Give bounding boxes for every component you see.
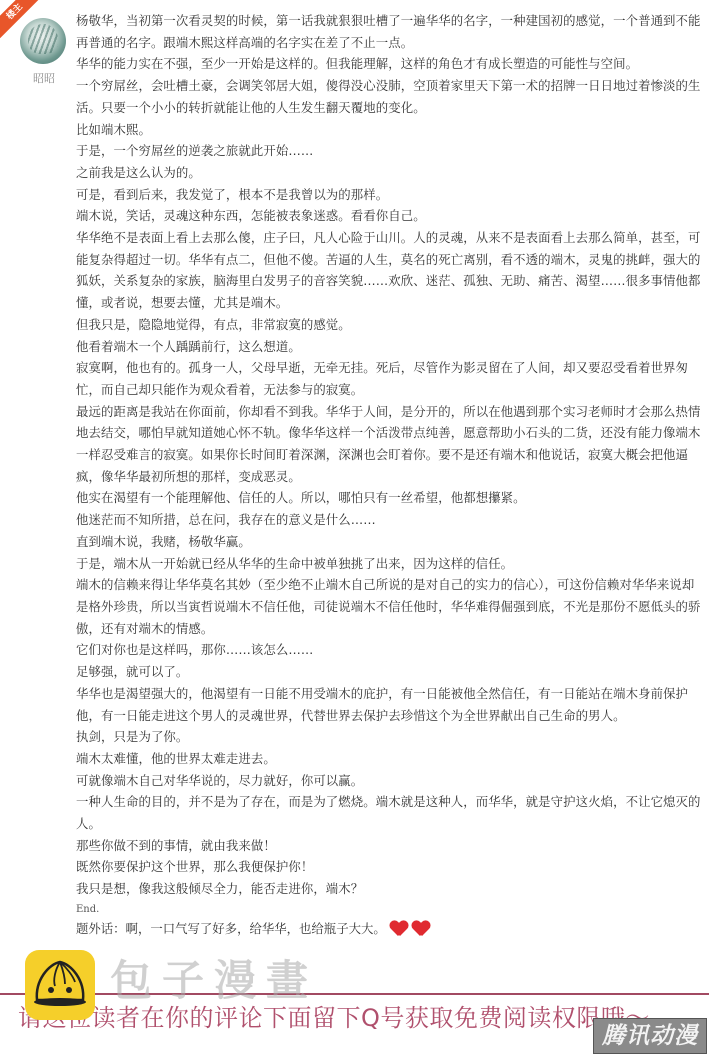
paragraph: 我只是想，像我这般倾尽全力，能否走进你，端木？	[76, 878, 706, 900]
paragraph: 华华的能力实在不强，至少一开始是这样的。但我能理解，这样的角色才有成长塑造的可能…	[76, 53, 706, 75]
paragraph: 既然你要保护这个世界，那么我便保护你！	[76, 856, 706, 878]
username[interactable]: 昭昭	[22, 70, 66, 86]
paragraph: 一个穷屌丝，会吐槽土豪，会调笑邻居大姐，傻得没心没肺，空顶着家里天下第一术的招牌…	[76, 75, 706, 118]
baozi-logo-icon	[25, 950, 95, 1020]
paragraph: 他看着端木一个人踽踽前行，这么想道。	[76, 336, 706, 358]
paragraph: 可就像端木自己对华华说的，尽力就好，你可以赢。	[76, 770, 706, 792]
divider	[0, 993, 709, 995]
paragraph: 可是，看到后来，我发觉了，根本不是我曾以为的那样。	[76, 184, 706, 206]
aside-text: 题外话：啊，一口气写了好多，给华华，也给瓶子大大。	[76, 919, 386, 939]
paragraph: 但我只是，隐隐地觉得，有点，非常寂寞的感觉。	[76, 314, 706, 336]
paragraph: 它们对你也是这样吗，那你……该怎么……	[76, 639, 706, 661]
paragraph: 于是，一个穷屌丝的逆袭之旅就此开始……	[76, 140, 706, 162]
paragraph: 足够强，就可以了。	[76, 661, 706, 683]
heart-icon	[390, 921, 408, 937]
aside-row: 题外话：啊，一口气写了好多，给华华，也给瓶子大大。	[76, 919, 706, 939]
paragraph: 之前我是这么认为的。	[76, 162, 706, 184]
paragraph: 华华绝不是表面上看上去那么傻，庄子曰，凡人心险于山川。人的灵魂，从来不是表面看上…	[76, 227, 706, 314]
paragraph: 端木说，笑话，灵魂这种东西，怎能被表象迷惑。看看你自己。	[76, 205, 706, 227]
paragraph: 比如端木熙。	[76, 119, 706, 141]
paragraph: 端木太难懂，他的世界太难走进去。	[76, 748, 706, 770]
paragraph: 于是，端木从一开始就已经从华华的生命中被单独挑了出来，因为这样的信任。	[76, 553, 706, 575]
watermark-brand: 包子漫畫	[110, 948, 318, 1008]
end-label: End.	[76, 901, 706, 919]
heart-icon	[412, 921, 430, 937]
paragraph: 一种人生命的目的，并不是为了存在，而是为了燃烧。端木就是这种人，而华华，就是守护…	[76, 791, 706, 834]
avatar[interactable]	[20, 18, 66, 64]
avatar-illustration	[28, 24, 58, 54]
comment-body: 杨敬华，当初第一次看灵契的时候，第一话我就狠狠吐槽了一遍华华的名字，一种建国初的…	[76, 10, 706, 939]
paragraph: 他迷茫而不知所措，总在问，我存在的意义是什么……	[76, 509, 706, 531]
tencent-comic-logo: 腾讯动漫	[593, 1018, 707, 1054]
paragraph: 直到端木说，我赌，杨敬华赢。	[76, 531, 706, 553]
paragraph: 寂寞啊，他也有的。孤身一人，父母早逝，无牵无挂。死后，尽管作为影灵留在了人间，却…	[76, 357, 706, 400]
paragraph: 最远的距离是我站在你面前，你却看不到我。华华于人间，是分开的，所以在他遇到那个实…	[76, 401, 706, 488]
paragraph: 端木的信赖来得让华华莫名其妙（至少绝不止端木自己所说的是对自己的实力的信心），可…	[76, 574, 706, 639]
paragraph: 那些你做不到的事情，就由我来做！	[76, 835, 706, 857]
paragraph: 执剑，只是为了你。	[76, 726, 706, 748]
paragraph: 他实在渴望有一个能理解他、信任的人。所以，哪怕只有一丝希望，他都想攥紧。	[76, 487, 706, 509]
paragraph: 华华也是渴望强大的，他渴望有一日能不用受端木的庇护，有一日能被他全然信任，有一日…	[76, 683, 706, 726]
comment-post: 楼主 昭昭 杨敬华，当初第一次看灵契的时候，第一话我就狠狠吐槽了一遍华华的名字，…	[0, 0, 709, 1056]
paragraph: 杨敬华，当初第一次看灵契的时候，第一话我就狠狠吐槽了一遍华华的名字，一种建国初的…	[76, 10, 706, 53]
